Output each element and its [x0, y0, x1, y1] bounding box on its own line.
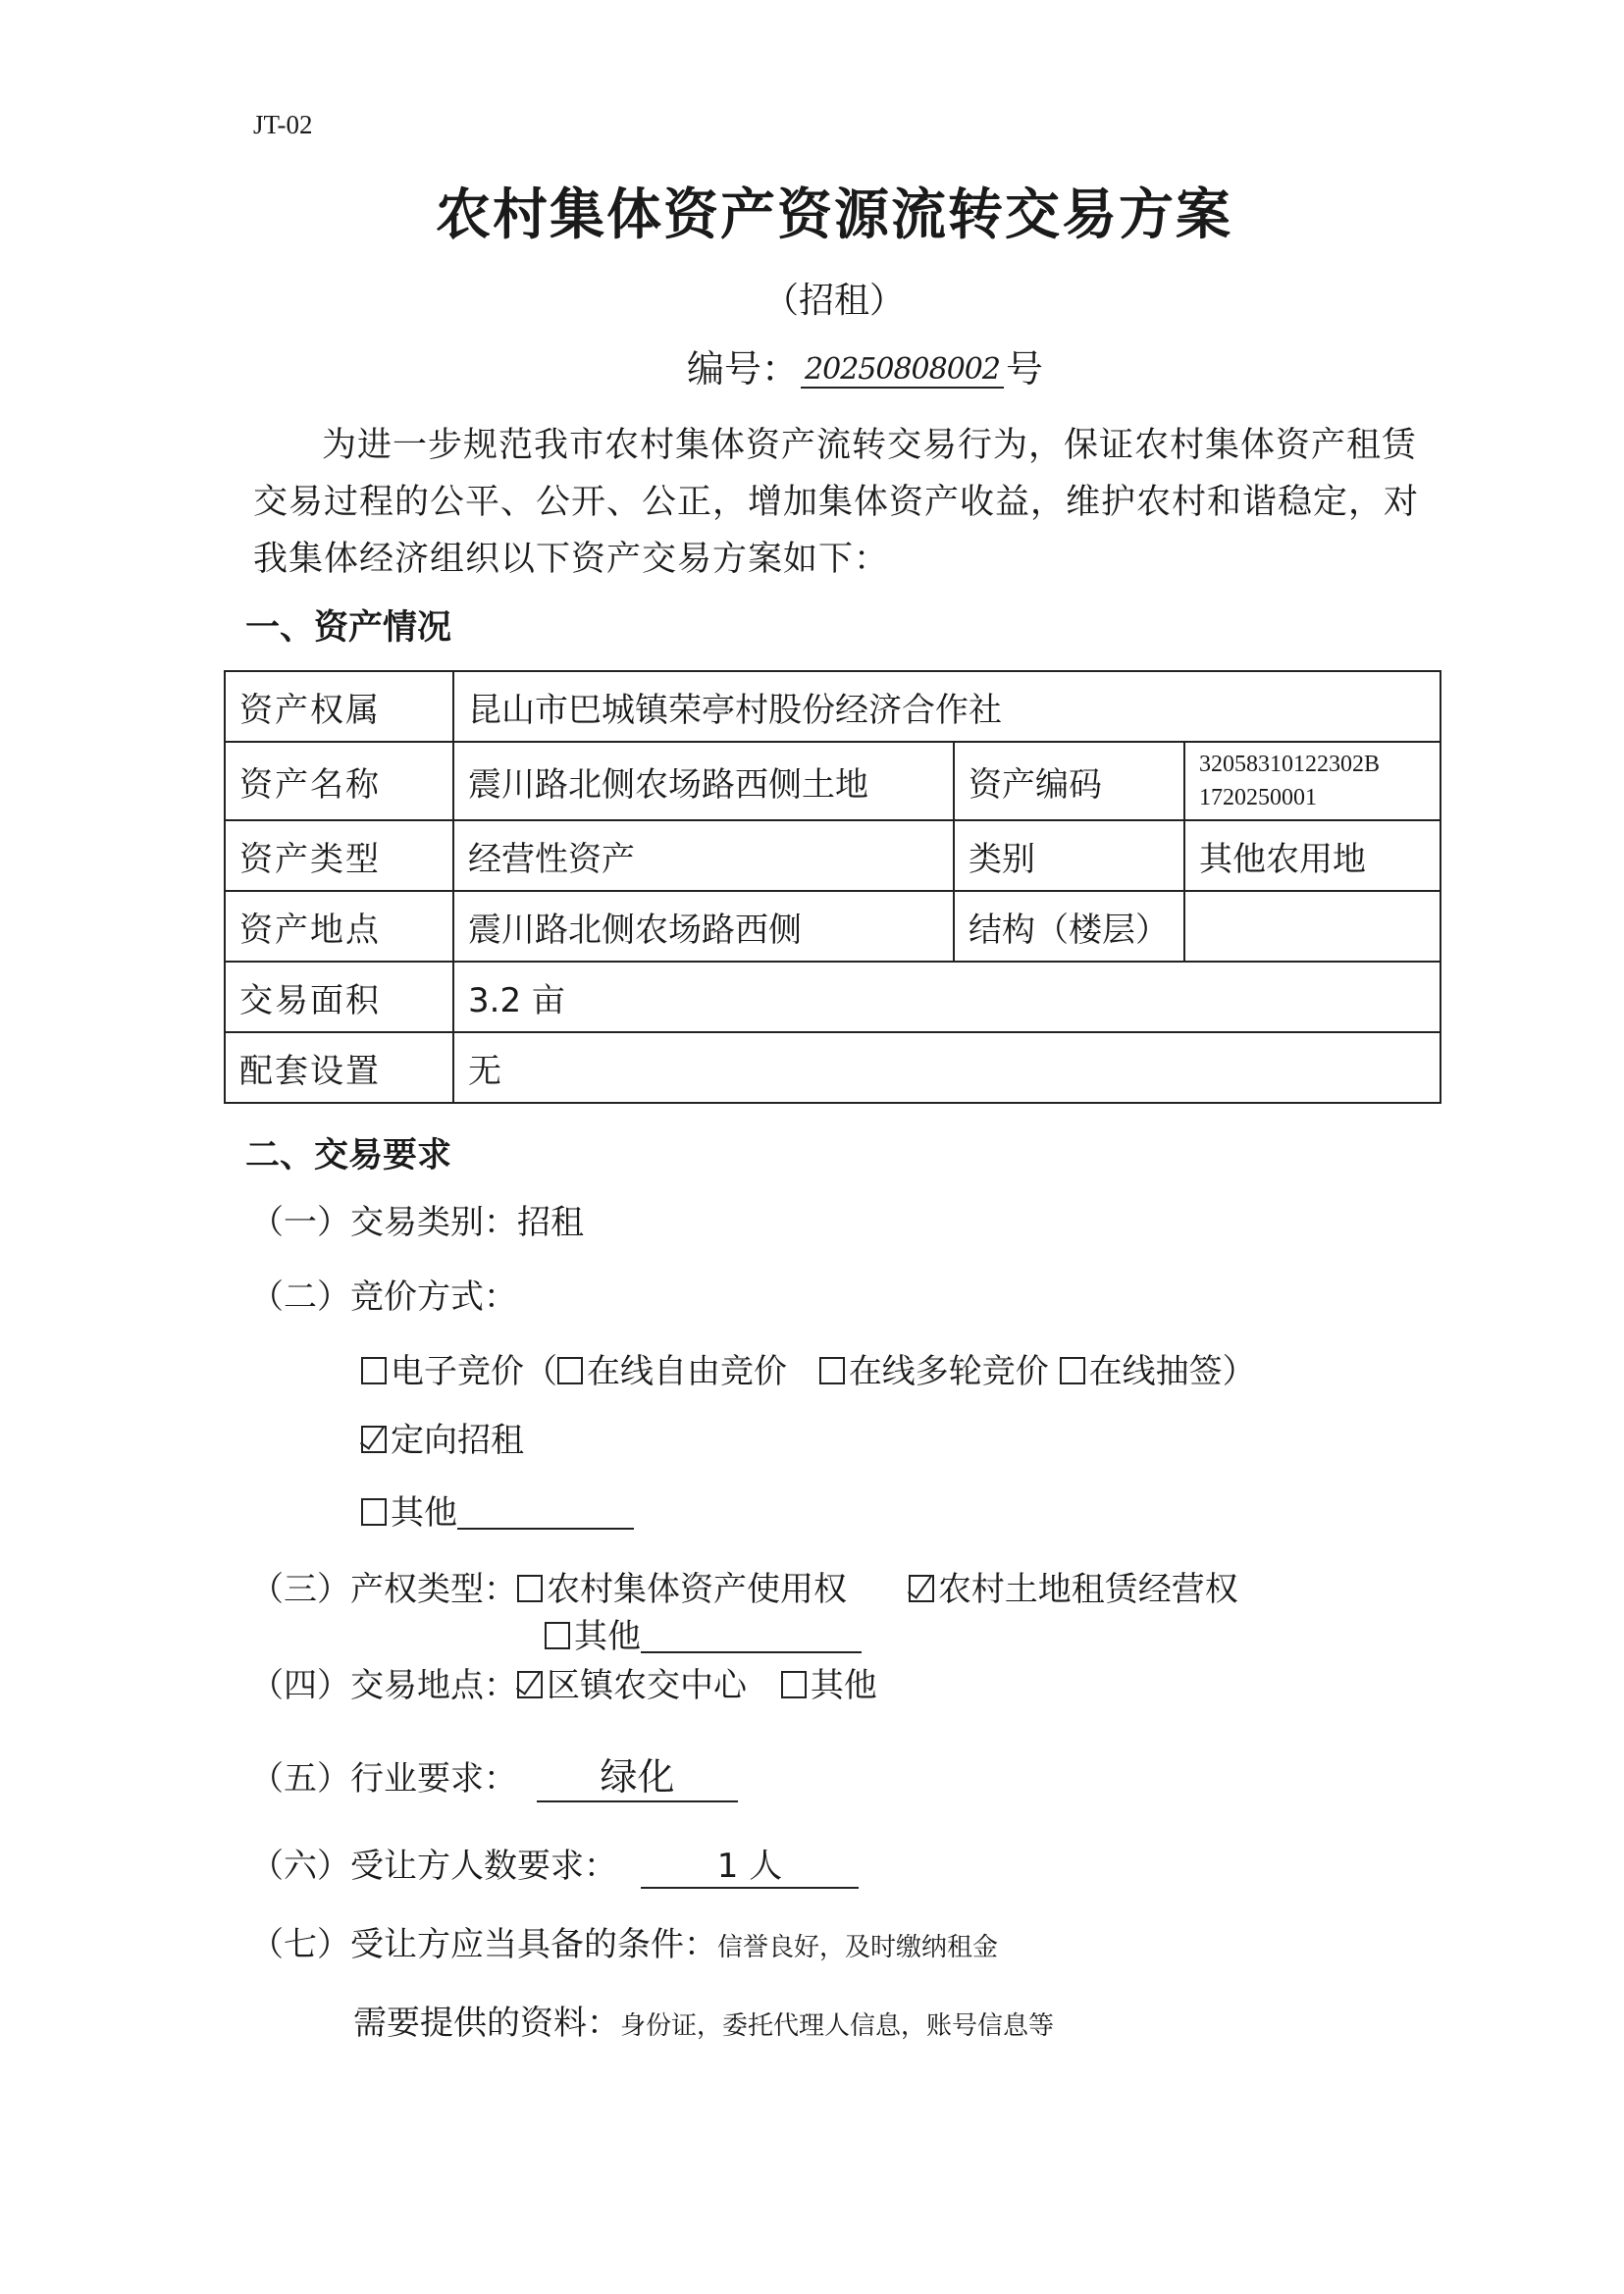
location-label: 资产地点: [225, 891, 453, 962]
table-row: 资产名称 震川路北侧农场路西侧土地 资产编码 32058310122302B 1…: [225, 742, 1441, 820]
table-row: 交易面积 3.2 亩: [225, 962, 1441, 1032]
rights-other-blank[interactable]: [641, 1616, 862, 1653]
code-value-line2: 1720250001: [1199, 781, 1426, 814]
checkbox-bidding-other[interactable]: [361, 1498, 387, 1526]
bidding-options-row: 电子竞价（在线自由竞价 在线多轮竞价 在线抽签）: [361, 1344, 1256, 1392]
option-directed: 定向招租: [391, 1421, 524, 1460]
checkbox-online-lottery[interactable]: [1060, 1357, 1085, 1384]
area-value: 3.2 亩: [453, 962, 1441, 1032]
location-value: 震川路北侧农场路西侧: [453, 891, 954, 962]
document-title: 农村集体资产资源流转交易方案: [0, 172, 1624, 250]
table-row: 资产权属 昆山市巴城镇荣亭村股份经济合作社: [225, 671, 1441, 742]
name-value: 震川路北侧农场路西侧土地: [453, 742, 954, 820]
category-value: 其他农用地: [1184, 820, 1441, 891]
owner-label: 资产权属: [225, 671, 453, 742]
code-value-line1: 32058310122302B: [1199, 748, 1426, 781]
option-location-other: 其他: [811, 1666, 877, 1705]
checkbox-rights-other[interactable]: [545, 1622, 570, 1649]
industry-requirement-row: （五）行业要求：绿化: [250, 1747, 738, 1802]
checkbox-location-other[interactable]: [781, 1671, 807, 1698]
item4-label: （四）交易地点：: [250, 1666, 517, 1705]
option-rights-use: 农村集体资产使用权: [547, 1570, 847, 1609]
table-row: 资产地点 震川路北侧农场路西侧 结构（楼层）: [225, 891, 1441, 962]
rights-other-row: 其他: [545, 1609, 862, 1657]
intro-paragraph: 为进一步规范我市农村集体资产流转交易行为，保证农村集体资产租赁交易过程的公平、公…: [253, 417, 1431, 588]
option-online-multi: 在线多轮竞价: [849, 1352, 1049, 1391]
option-electronic: 电子竞价（: [391, 1352, 557, 1391]
transferee-count-row: （六）受让方人数要求：1 人: [250, 1839, 859, 1889]
table-row: 资产类型 经营性资产 类别 其他农用地: [225, 820, 1441, 891]
checkbox-online-free[interactable]: [557, 1357, 583, 1384]
option-bidding-other: 其他: [391, 1493, 457, 1533]
code-label: 资产编码: [954, 742, 1184, 820]
item5-label: （五）行业要求：: [250, 1759, 517, 1799]
checkbox-directed-checked[interactable]: [361, 1426, 387, 1453]
option-rights-land-lease: 农村土地租赁经营权: [938, 1570, 1238, 1609]
code-value: 32058310122302B 1720250001: [1184, 742, 1441, 820]
facilities-label: 配套设置: [225, 1032, 453, 1103]
bidding-other-row: 其他: [361, 1486, 634, 1534]
transaction-location-row: （四）交易地点：区镇农交中心 其他: [250, 1658, 877, 1706]
checkbox-rights-use[interactable]: [517, 1575, 543, 1602]
form-code: JT-02: [253, 110, 313, 140]
item7-label: （七）受让方应当具备的条件：: [250, 1925, 717, 1964]
document-subtitle: （招租）: [0, 273, 1624, 323]
item1-value: 招租: [517, 1203, 584, 1242]
section-heading-assets: 一、资产情况: [245, 600, 451, 650]
category-label: 类别: [954, 820, 1184, 891]
structure-value: [1184, 891, 1441, 962]
checkbox-online-multi[interactable]: [819, 1357, 845, 1384]
rights-type-row: （三）产权类型：农村集体资产使用权 农村土地租赁经营权: [250, 1562, 1238, 1610]
table-row: 配套设置 无: [225, 1032, 1441, 1103]
item1-label: （一）交易类别：: [250, 1203, 517, 1242]
transferee-count-value: 1 人: [641, 1839, 859, 1889]
option-online-lottery: 在线抽签）: [1089, 1352, 1256, 1391]
owner-value: 昆山市巴城镇荣亭村股份经济合作社: [453, 671, 1441, 742]
structure-label: 结构（楼层）: [954, 891, 1184, 962]
facilities-value: 无: [453, 1032, 1441, 1103]
item6-label: （六）受让方人数要求：: [250, 1847, 617, 1886]
section-heading-requirements: 二、交易要求: [245, 1128, 451, 1177]
name-label: 资产名称: [225, 742, 453, 820]
option-rights-other: 其他: [574, 1617, 641, 1656]
option-location-center: 区镇农交中心: [547, 1666, 747, 1705]
bidding-other-blank[interactable]: [457, 1492, 634, 1530]
type-label: 资产类型: [225, 820, 453, 891]
directed-option-row: 定向招租: [361, 1413, 524, 1461]
required-documents-row: 需要提供的资料：身份证，委托代理人信息，账号信息等: [353, 1996, 1054, 2044]
asset-table: 资产权属 昆山市巴城镇荣亭村股份经济合作社 资产名称 震川路北侧农场路西侧土地 …: [224, 670, 1441, 1104]
transferee-conditions-row: （七）受让方应当具备的条件：信誉良好，及时缴纳租金: [250, 1917, 998, 1965]
checkbox-rights-land-lease-checked[interactable]: [909, 1575, 934, 1602]
checkbox-location-center-checked[interactable]: [517, 1671, 543, 1698]
area-label: 交易面积: [225, 962, 453, 1032]
serial-handwritten-value: 20250808002: [801, 352, 1004, 389]
type-value: 经营性资产: [453, 820, 954, 891]
item3-label: （三）产权类型：: [250, 1570, 517, 1609]
docs-value: 身份证，委托代理人信息，账号信息等: [620, 2011, 1054, 2041]
serial-label: 编号：: [687, 339, 799, 392]
serial-number: 编号： 20250808002 号: [687, 339, 1043, 392]
industry-requirement-value: 绿化: [537, 1747, 738, 1802]
docs-label: 需要提供的资料：: [353, 2004, 620, 2043]
transferee-conditions-value: 信誉良好，及时缴纳租金: [717, 1933, 998, 1962]
checkbox-electronic[interactable]: [361, 1357, 387, 1384]
option-online-free: 在线自由竞价: [587, 1352, 787, 1391]
serial-suffix: 号: [1006, 339, 1043, 392]
item-transaction-type: （一）交易类别：招租: [250, 1195, 584, 1243]
item2-label: （二）竞价方式：: [250, 1270, 517, 1318]
